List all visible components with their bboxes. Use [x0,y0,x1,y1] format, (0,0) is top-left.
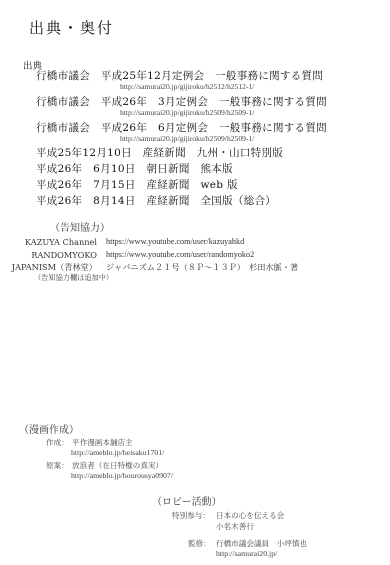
lobby-advisor-label: 特別参与： [172,510,210,521]
newspaper-source-1: 平成25年12月10日 産経新聞 九州・山口特別版 [36,145,283,160]
newspaper-source-4: 平成26年 8月14日 産経新聞 全国版（総合） [36,193,276,208]
notice-link-kazuya[interactable]: https://www.youtube.com/user/kazuyahkd [106,237,244,246]
manga-original-url[interactable]: http://ameblo.jp/hourousya0907/ [71,471,173,480]
notice-link-randomyoko[interactable]: https://www.youtube.com/user/randomyoko2 [106,250,254,259]
notice-heading: （告知協力） [50,219,110,234]
lobby-advisor-org: 日本の心を伝える会 [216,510,284,521]
council-source-2: 行橋市議会 平成26年 3月定例会 一般事務に関する質問 [36,94,327,109]
notice-label-japanism: JAPANISM（青林堂） [0,262,97,273]
newspaper-source-2: 平成26年 6月10日 朝日新聞 熊本版 [36,161,233,176]
notice-label-randomyoko: RANDOMYOKO [0,250,97,260]
manga-creator-name: 平作漫画本舗店主 [72,437,133,448]
manga-original-name: 放浪者（在日特権の真実） [72,460,163,471]
notice-note: （告知協力欄は追加中） [34,273,113,283]
newspaper-source-3: 平成26年 7月15日 産経新聞 web 版 [36,177,238,192]
manga-creator-label: 作成： [46,437,69,448]
manga-creator-url[interactable]: http://ameblo.jp/heisaku1701/ [71,448,164,457]
council-source-2-url[interactable]: http://samurai20.jp/gijiroku/h2509/h2509… [120,108,254,117]
lobby-supervisor-name: 行橋市議会議員 小坪慎也 [216,538,307,549]
lobby-supervisor-label: 監修： [188,538,211,549]
council-source-3: 行橋市議会 平成26年 6月定例会 一般事務に関する質問 [36,120,327,135]
lobby-heading: （ロビー活動） [152,493,222,508]
notice-value-japanism: ジャパニズム２１号（８Ｐ～１３Ｐ） 杉田水脈・著 [106,262,298,273]
page-title: 出典・奥付 [29,17,114,38]
council-source-1: 行橋市議会 平成25年12月定例会 一般事務に関する質問 [36,68,323,83]
lobby-advisor-name: 小名木善行 [216,521,254,532]
council-source-1-url[interactable]: http://samurai20.jp/gijiroku/h2512/h2512… [120,82,254,91]
council-source-3-url[interactable]: http://samurai20.jp/gijiroku/h2509/h2509… [120,134,254,143]
lobby-supervisor-url[interactable]: http://samurai20.jp/ [216,549,277,558]
notice-label-kazuya: KAZUYA Channel [0,237,97,247]
manga-original-label: 原案： [46,460,69,471]
manga-heading: （漫画作成） [19,421,79,436]
